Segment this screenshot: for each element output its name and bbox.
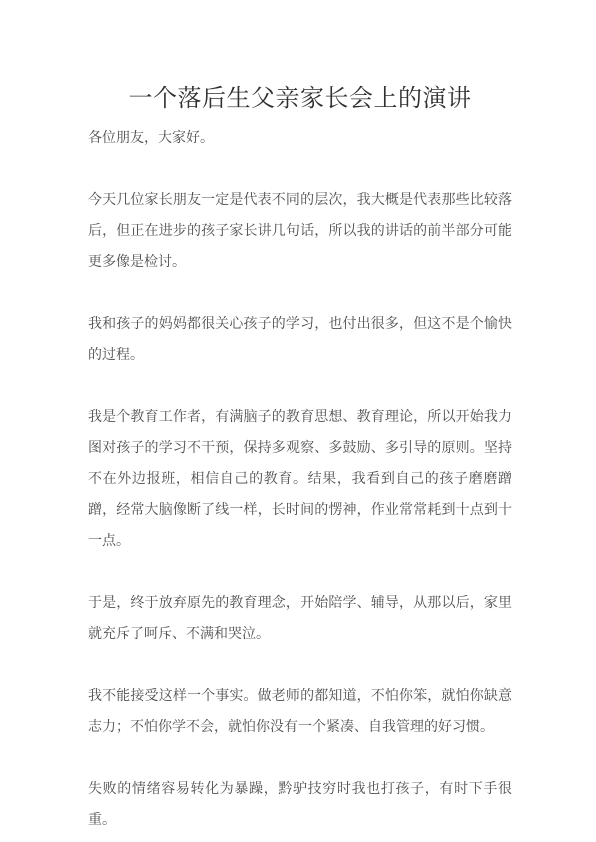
paragraph: 今天几位家长朋友一定是代表不同的层次，我大概是代表那些比较落后，但正在进步的孩子… (88, 185, 512, 278)
paragraph: 各位朋友，大家好。 (88, 123, 512, 154)
paragraph: 失败的情绪容易转化为暴躁，黔驴技穷时我也打孩子，有时下手很重。 (88, 774, 512, 836)
document-body: 各位朋友，大家好。今天几位家长朋友一定是代表不同的层次，我大概是代表那些比较落后… (88, 123, 512, 836)
paragraph: 我不能接受这样一个事实。做老师的都知道，不怕你笨，就怕你缺意志力；不怕你学不会，… (88, 681, 512, 743)
paragraph: 我和孩子的妈妈都很关心孩子的学习，也付出很多，但这不是个愉快的过程。 (88, 309, 512, 371)
paragraph: 我是个教育工作者，有满脑子的教育思想、教育理论，所以开始我力图对孩子的学习不干预… (88, 402, 512, 557)
paragraph: 于是，终于放弃原先的教育理念，开始陪学、辅导，从那以后，家里就充斥了呵斥、不满和… (88, 588, 512, 650)
document-page: 一个落后生父亲家长会上的演讲 各位朋友，大家好。今天几位家长朋友一定是代表不同的… (0, 0, 596, 842)
document-title: 一个落后生父亲家长会上的演讲 (88, 84, 512, 114)
